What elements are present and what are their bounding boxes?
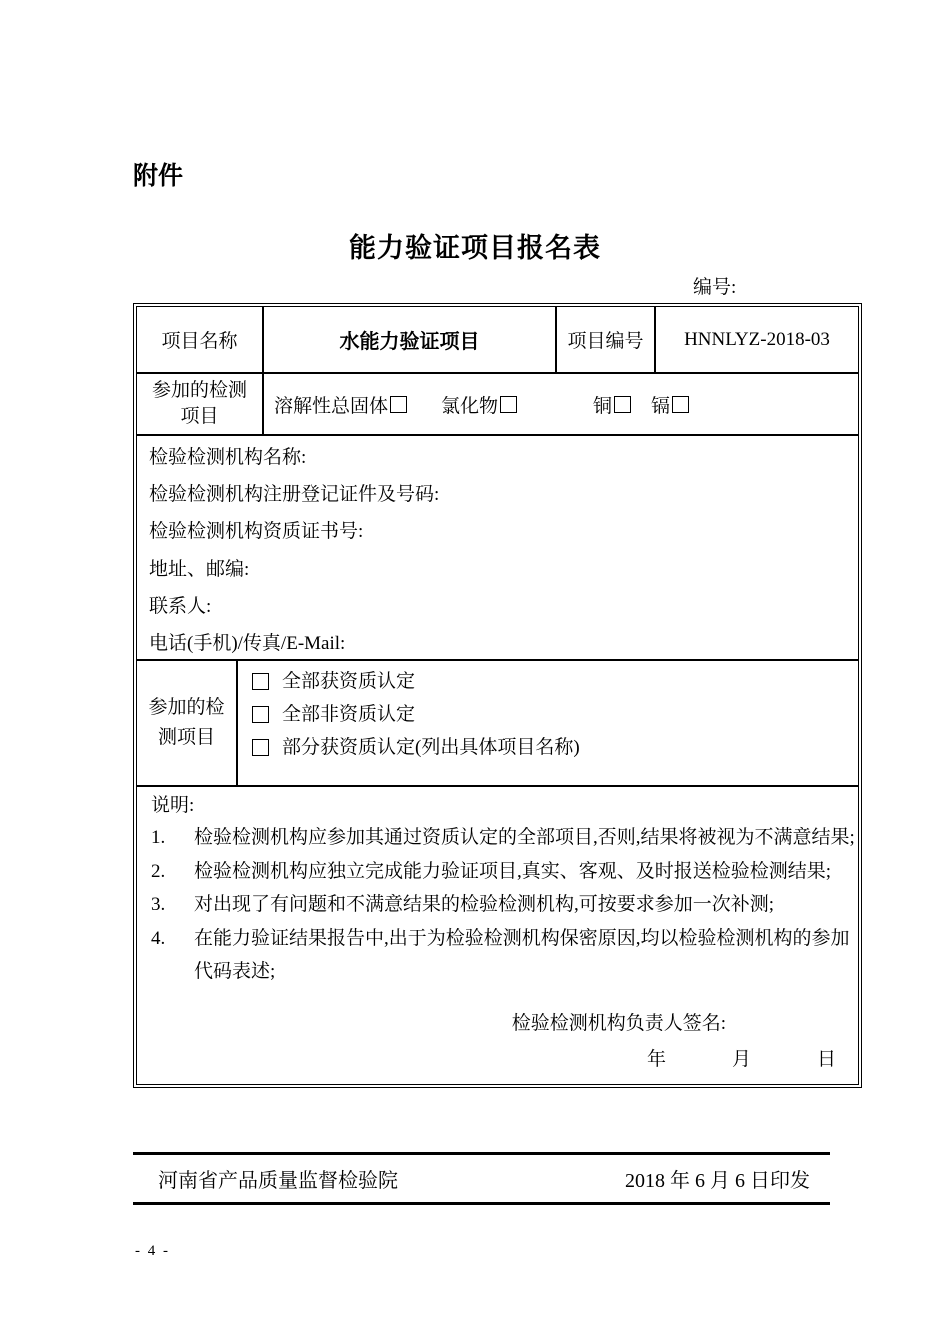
note-text: 在能力验证结果报告中,出于为检验检测机构保密原因,均以检验检测机构的参加代码表述… <box>194 922 858 989</box>
test-items-label: 参加的检测 项目 <box>137 374 264 434</box>
note-number: 2. <box>151 855 194 889</box>
participation-label: 参加的检 测项目 <box>137 661 238 785</box>
day-label: 日 <box>817 1042 836 1078</box>
checkbox-icon[interactable] <box>252 739 269 756</box>
note-text: 检验检测机构应参加其通过资质认定的全部项目,否则,结果将被视为不满意结果; <box>194 821 855 855</box>
participation-option: 全部获资质认定 <box>252 665 415 698</box>
note-item: 3. 对出现了有问题和不满意结果的检验检测机构,可按要求参加一次补测; <box>151 888 858 922</box>
signature-label: 检验检测机构负责人签名: <box>151 1006 858 1042</box>
project-name-value: 水能力验证项目 <box>264 307 557 372</box>
checkbox-icon[interactable] <box>252 706 269 723</box>
project-code-value: HNNLYZ-2018-03 <box>656 307 858 372</box>
test-item: 溶解性总固体 <box>274 391 407 418</box>
org-name-field-label: 检验检测机构名称: <box>149 439 846 476</box>
participation-option-label: 部分获资质认定(列出具体项目名称) <box>282 731 580 764</box>
org-address-field-label: 地址、邮编: <box>149 551 846 588</box>
test-item: 氯化物 <box>441 391 517 418</box>
serial-number-label: 编号: <box>693 272 736 299</box>
checkbox-icon[interactable] <box>614 396 631 413</box>
participation-option: 全部非资质认定 <box>252 698 415 731</box>
participation-label-line2: 测项目 <box>158 723 215 753</box>
test-item: 镉 <box>651 391 689 418</box>
test-item-label: 溶解性总固体 <box>274 391 388 418</box>
month-label: 月 <box>732 1042 751 1078</box>
table-row-participation: 参加的检 测项目 全部获资质认定 全部非资质认定 部分获资质认定(列出具体项目名… <box>137 661 858 787</box>
note-number: 1. <box>151 821 194 855</box>
attachment-label: 附件 <box>133 156 183 192</box>
page-title: 能力验证项目报名表 <box>0 226 950 265</box>
year-label: 年 <box>647 1042 666 1078</box>
participation-option: 部分获资质认定(列出具体项目名称) <box>252 731 580 764</box>
signature-date-line: 年 月 日 <box>151 1042 858 1078</box>
signature-block: 检验检测机构负责人签名: 年 月 日 <box>151 1006 858 1078</box>
issuer-name: 河南省产品质量监督检验院 <box>158 1164 398 1193</box>
table-row-test-items: 参加的检测 项目 溶解性总固体 氯化物 铜 镉 <box>137 374 858 436</box>
note-item: 2. 检验检测机构应独立完成能力验证项目,真实、客观、及时报送检验检测结果; <box>151 855 858 889</box>
test-item-label: 氯化物 <box>441 391 498 418</box>
test-item-label: 镉 <box>651 391 670 418</box>
participation-option-label: 全部非资质认定 <box>282 698 415 731</box>
note-text: 对出现了有问题和不满意结果的检验检测机构,可按要求参加一次补测; <box>194 888 774 922</box>
page-number: - 4 - <box>135 1243 170 1260</box>
note-item: 1. 检验检测机构应参加其通过资质认定的全部项目,否则,结果将被视为不满意结果; <box>151 821 858 855</box>
test-item-label: 铜 <box>593 391 612 418</box>
test-items-label-line1: 参加的检测 <box>152 378 247 404</box>
note-text: 检验检测机构应独立完成能力验证项目,真实、客观、及时报送检验检测结果; <box>194 855 831 889</box>
org-info-section: 检验检测机构名称: 检验检测机构注册登记证件及号码: 检验检测机构资质证书号: … <box>137 436 858 661</box>
table-row-project: 项目名称 水能力验证项目 项目编号 HNNLYZ-2018-03 <box>137 307 858 374</box>
participation-options: 全部获资质认定 全部非资质认定 部分获资质认定(列出具体项目名称) <box>238 661 858 785</box>
checkbox-icon[interactable] <box>390 396 407 413</box>
document-page: 附件 能力验证项目报名表 编号: 项目名称 水能力验证项目 项目编号 HNNLY… <box>0 0 950 1343</box>
test-items-list: 溶解性总固体 氯化物 铜 镉 <box>264 374 858 434</box>
checkbox-icon[interactable] <box>500 396 517 413</box>
notes-section: 说明: 1. 检验检测机构应参加其通过资质认定的全部项目,否则,结果将被视为不满… <box>137 787 858 1084</box>
note-number: 4. <box>151 922 194 989</box>
project-name-label: 项目名称 <box>137 307 264 372</box>
issue-date: 2018 年 6 月 6 日印发 <box>625 1164 810 1193</box>
org-contact-field-label: 联系人: <box>149 588 846 625</box>
org-registration-field-label: 检验检测机构注册登记证件及号码: <box>149 476 846 513</box>
participation-label-line1: 参加的检 <box>148 693 224 723</box>
note-item: 4. 在能力验证结果报告中,出于为检验检测机构保密原因,均以检验检测机构的参加代… <box>151 922 858 989</box>
registration-form-table: 项目名称 水能力验证项目 项目编号 HNNLYZ-2018-03 参加的检测 项… <box>133 303 862 1088</box>
checkbox-icon[interactable] <box>252 673 269 690</box>
project-code-label: 项目编号 <box>557 307 656 372</box>
notes-heading: 说明: <box>151 791 858 821</box>
org-certificate-field-label: 检验检测机构资质证书号: <box>149 513 846 550</box>
footer-issuer-bar: 河南省产品质量监督检验院 2018 年 6 月 6 日印发 <box>133 1152 830 1205</box>
test-items-label-line2: 项目 <box>180 404 218 430</box>
note-number: 3. <box>151 888 194 922</box>
org-phone-field-label: 电话(手机)/传真/E-Mail: <box>149 625 846 662</box>
test-item: 铜 <box>593 391 631 418</box>
participation-option-label: 全部获资质认定 <box>282 665 415 698</box>
checkbox-icon[interactable] <box>672 396 689 413</box>
